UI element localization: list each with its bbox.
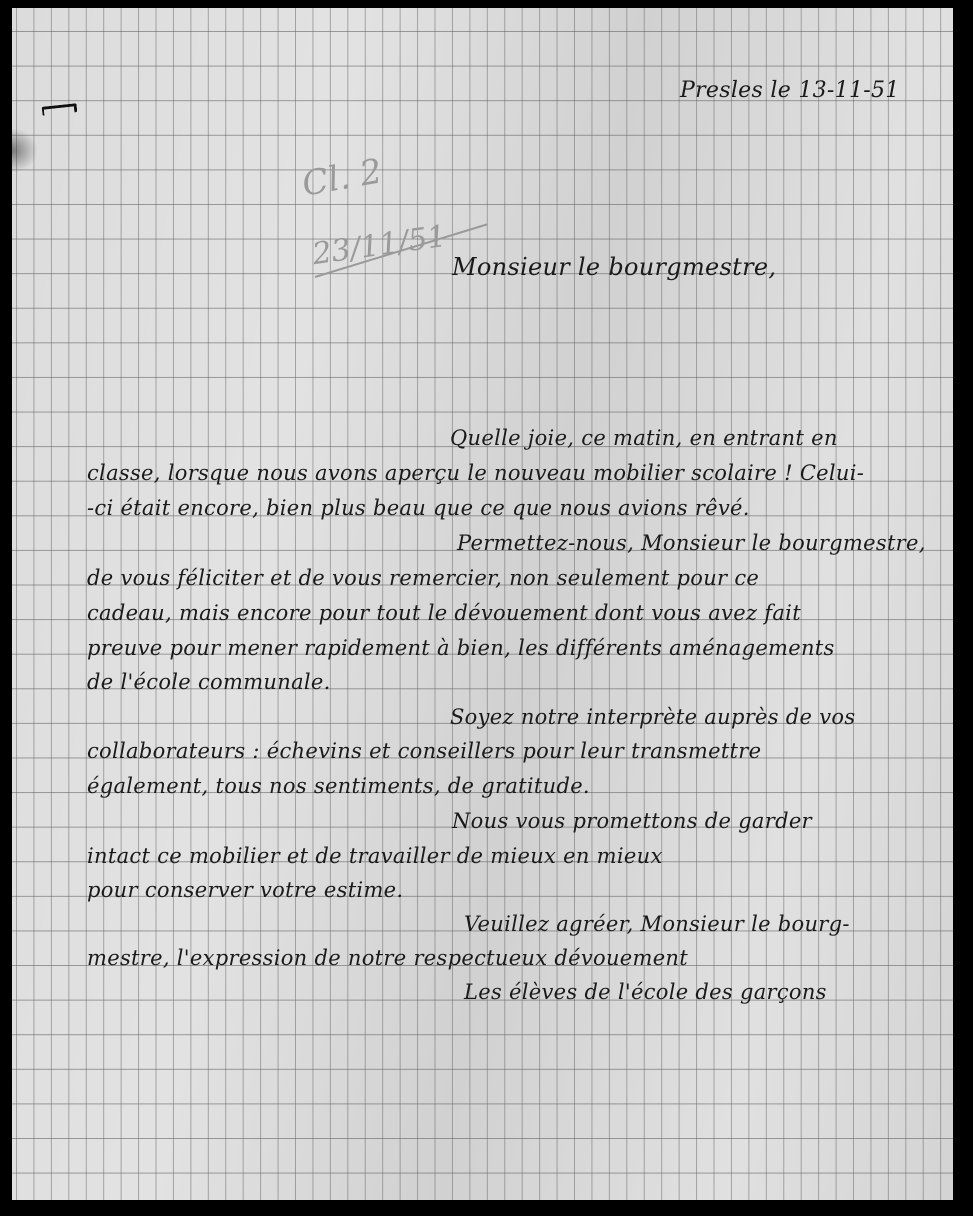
body-line: classe, lorsque nous avons aperçu le nou… — [87, 463, 864, 484]
pencil-class-annotation: Cl. 2 — [299, 151, 385, 204]
signature: Les élèves de l'école des garçons — [464, 982, 827, 1003]
body-line: de vous féliciter et de vous remercier, … — [87, 568, 759, 589]
letter-page: Presles le 13-11-51 Cl. 2 23/11/51 Monsi… — [12, 8, 953, 1200]
body-line: cadeau, mais encore pour tout le dévouem… — [87, 603, 801, 624]
body-line: de l'école communale. — [87, 672, 331, 693]
body-line: preuve pour mener rapidement à bien, les… — [87, 638, 835, 659]
paper-shadow — [12, 128, 38, 173]
body-line: Soyez notre interprète auprès de vos — [450, 707, 855, 728]
body-line: également, tous nos sentiments, de grati… — [87, 776, 590, 797]
body-line: Nous vous promettons de garder — [452, 811, 812, 832]
body-line: collaborateurs : échevins et conseillers… — [87, 741, 761, 762]
body-line: Permettez-nous, Monsieur le bourgmestre, — [457, 533, 926, 554]
body-line: mestre, l'expression de notre respectueu… — [87, 948, 688, 969]
salutation: Monsieur le bourgmestre, — [452, 255, 776, 279]
body-line: pour conserver votre estime. — [87, 880, 403, 901]
body-line: Veuillez agréer, Monsieur le bourg- — [464, 914, 850, 935]
body-line: Quelle joie, ce matin, en entrant en — [450, 428, 838, 449]
place-date: Presles le 13-11-51 — [680, 80, 900, 102]
pencil-received-date: 23/11/51 — [310, 219, 448, 272]
body-line: -ci était encore, bien plus beau que ce … — [87, 498, 750, 519]
staple-mark — [42, 103, 78, 116]
body-line: intact ce mobilier et de travailler de m… — [87, 846, 663, 867]
